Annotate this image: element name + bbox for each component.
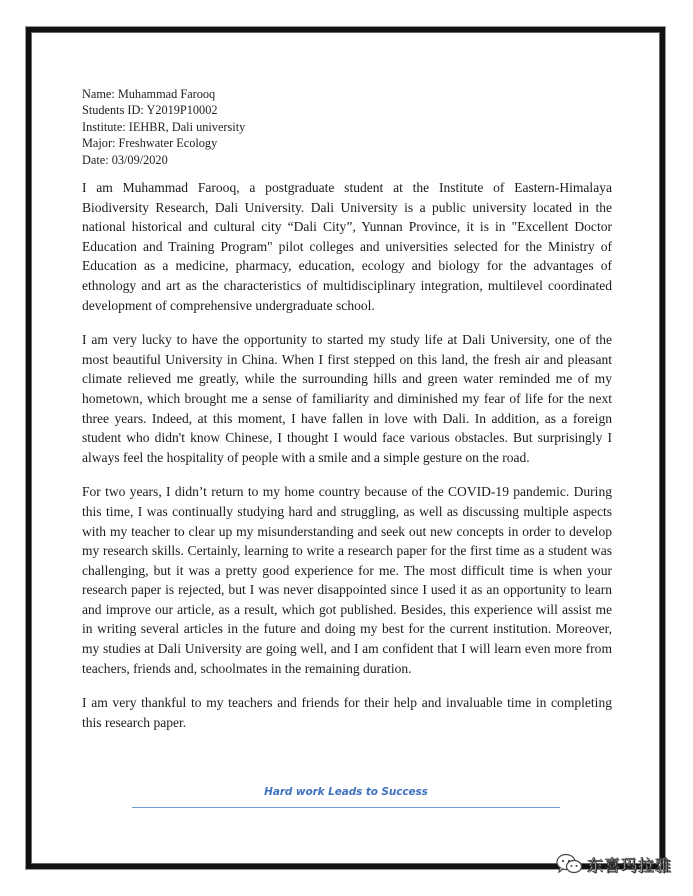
student-id: Students ID: Y2019P10002 (82, 102, 245, 118)
paragraph-study-life: I am very lucky to have the opportunity … (82, 330, 612, 467)
paragraph-acknowledgement: I am very thankful to my teachers and fr… (82, 693, 612, 732)
watermark: 东喜玛拉雅 (555, 850, 672, 878)
document-date: Date: 03/09/2020 (82, 152, 245, 168)
student-major: Major: Freshwater Ecology (82, 135, 245, 151)
student-info-header: Name: Muhammad Farooq Students ID: Y2019… (82, 86, 245, 168)
student-institute: Institute: IEHBR, Dali university (82, 119, 245, 135)
paragraph-introduction: I am Muhammad Farooq, a postgraduate stu… (82, 178, 612, 315)
essay-body: I am Muhammad Farooq, a postgraduate stu… (82, 178, 612, 747)
footer-divider (132, 807, 560, 808)
watermark-text: 东喜玛拉雅 (587, 853, 672, 876)
wechat-icon (555, 853, 583, 875)
paragraph-research-experience: For two years, I didn’t return to my hom… (82, 482, 612, 678)
student-name: Name: Muhammad Farooq (82, 86, 245, 102)
footer-motto: Hard work Leads to Success (132, 786, 560, 798)
